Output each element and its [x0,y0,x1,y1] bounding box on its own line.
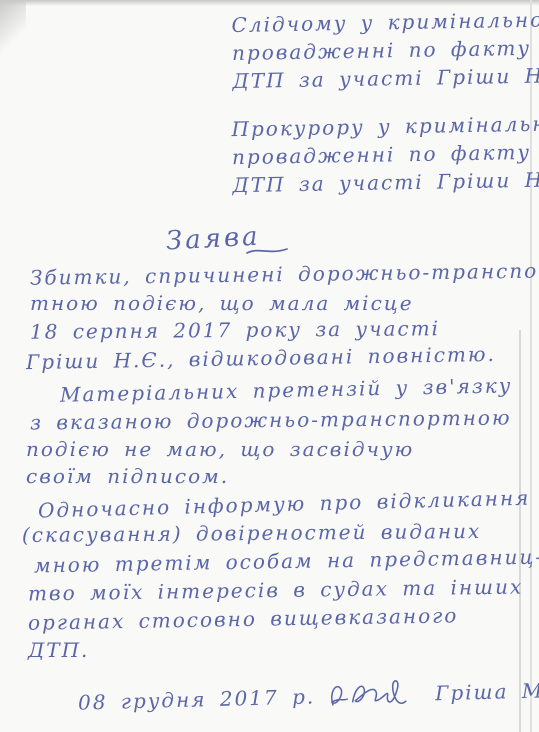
signature-line: 08 грудня 2017 р. Гріша М.П. [78,671,539,720]
title-flourish-icon [246,246,288,256]
addressee-block-investigator: Слідчому у кримінальному провадженні по … [231,5,539,95]
scanned-document-page: Слідчому у кримінальному провадженні по … [0,0,539,732]
addressee-block-prosecutor: Прокурору у кримінальному провадженні по… [231,109,539,199]
handwritten-line: ДТП за участі Гріши Н.Є. [232,165,539,199]
signatory-name: Гріша М.П. [435,677,539,705]
scan-edge-top [0,0,539,6]
scan-edge-right-inner [519,330,521,732]
signature-mark [325,675,426,714]
handwritten-line: ДТП. [28,638,89,666]
handwritten-line: Матеріальних претензій у зв'язку [60,373,513,410]
scan-edge-corner [0,0,26,60]
handwritten-line: своїм підписом. [26,464,229,492]
handwritten-line: подією не маю, що засвідчую [26,437,414,465]
handwritten-line: Збитки, спричинені дорожньо-транспор- [30,258,539,293]
handwritten-line: Гріши Н.Є., відшкодовані повністю. [26,342,496,378]
date-text: 08 грудня 2017 р. [78,684,316,714]
handwritten-line: з вказаною дорожньо-транспортною [30,405,512,438]
handwritten-line: тною подією, що мала місце [30,291,414,319]
handwritten-line: ДТП за участі Гріши Н.Є. [232,61,539,95]
handwritten-line: органах стосовно вищевказаного [28,603,459,639]
